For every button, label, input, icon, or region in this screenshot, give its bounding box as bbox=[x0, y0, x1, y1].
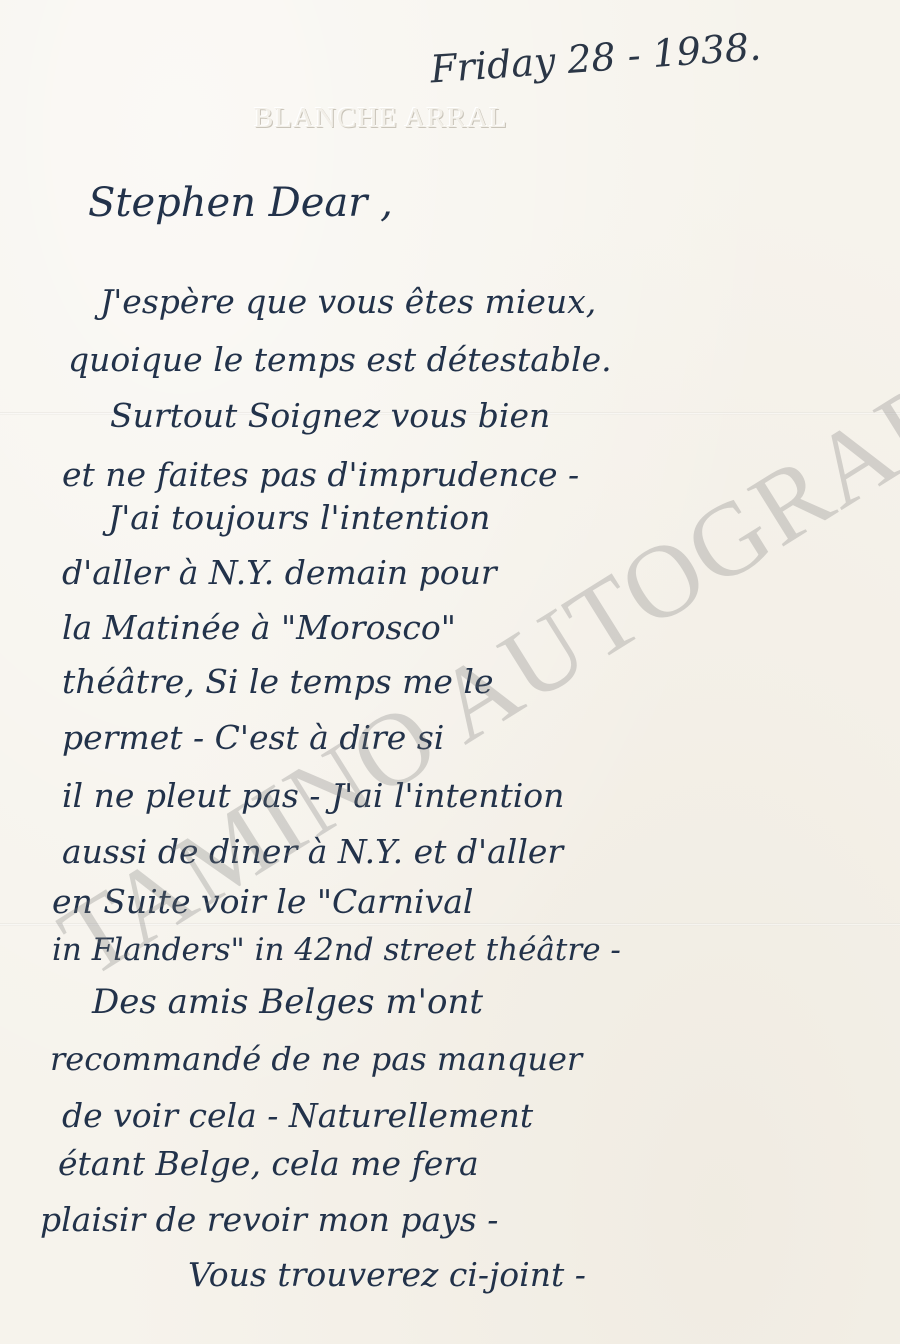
letter-line: plaisir de revoir mon pays - bbox=[40, 1200, 498, 1239]
letter-line: J'espère que vous êtes mieux, bbox=[100, 282, 596, 321]
letter-line: Des amis Belges m'ont bbox=[92, 982, 483, 1022]
letter-line: de voir cela - Naturellement bbox=[62, 1096, 533, 1135]
letter-line: Surtout Soignez vous bien bbox=[110, 396, 550, 435]
fold-line bbox=[0, 923, 900, 926]
letter-line: aussi de diner à N.Y. et d'aller bbox=[62, 832, 563, 871]
letter-line: il ne pleut pas - J'ai l'intention bbox=[62, 776, 564, 815]
letter-line: théâtre, Si le temps me le bbox=[62, 662, 494, 701]
letter-line: in Flanders" in 42nd street théâtre - bbox=[52, 932, 621, 968]
letter-line: recommandé de ne pas manquer bbox=[50, 1040, 582, 1078]
letter-line: quoique le temps est détestable. bbox=[68, 340, 612, 379]
letter-line: la Matinée à "Morosco" bbox=[62, 608, 456, 647]
letter-line: J'ai toujours l'intention bbox=[108, 498, 490, 537]
letter-line: Vous trouverez ci-joint - bbox=[188, 1255, 586, 1294]
letter-line: permet - C'est à dire si bbox=[62, 718, 444, 757]
letterhead-embossed: BLANCHE ARRAL bbox=[254, 102, 508, 135]
letter-line: étant Belge, cela me fera bbox=[58, 1144, 479, 1183]
letter-line: et ne faites pas d'imprudence - bbox=[62, 455, 579, 494]
salutation: Stephen Dear , bbox=[88, 180, 393, 226]
letter-line: d'aller à N.Y. demain pour bbox=[62, 553, 497, 592]
letter-line: en Suite voir le "Carnival bbox=[52, 882, 473, 921]
